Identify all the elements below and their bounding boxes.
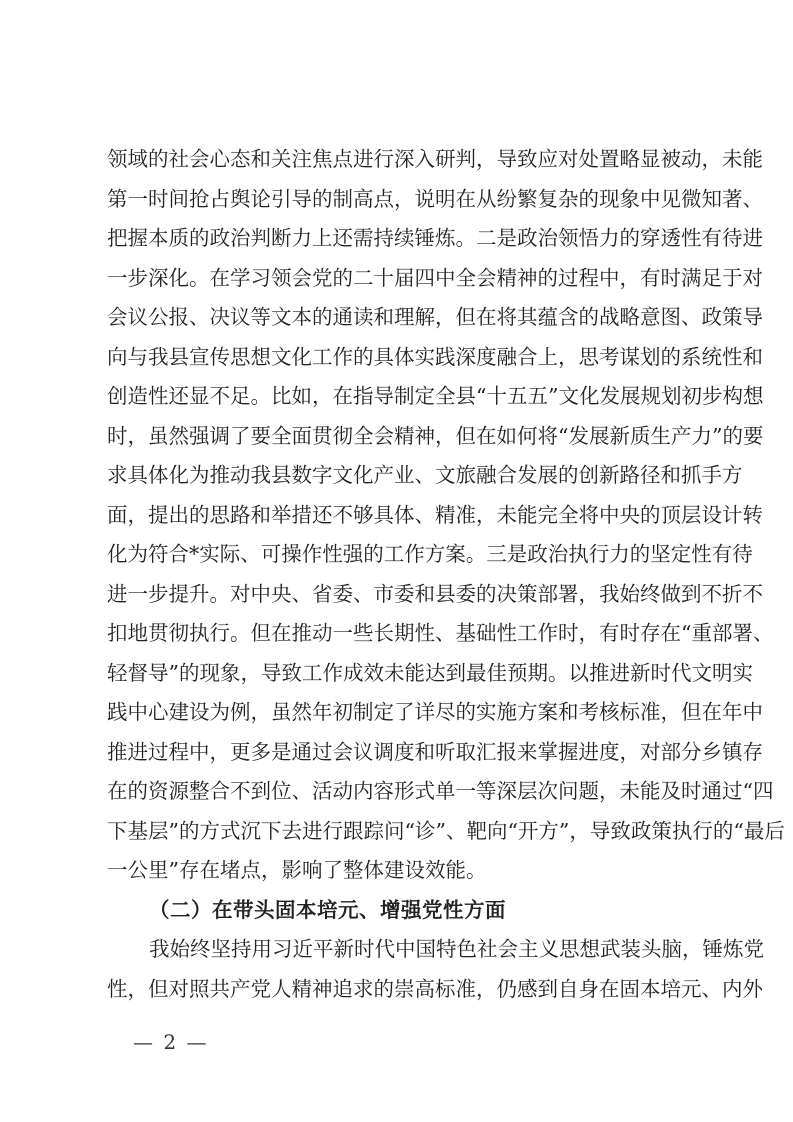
text-line: 领域的社会心态和关注焦点进行深入研判，导致应对处置略显被动，未能 <box>107 140 697 180</box>
text-line: 一公里”存在堵点，影响了整体建设效能。 <box>107 851 697 891</box>
text-line: 向与我县宣传思想文化工作的具体实践深度融合上，思考谋划的系统性和 <box>107 338 697 378</box>
text-line: 会议公报、决议等文本的通读和理解，但在将其蕴含的战略意图、政策导 <box>107 298 697 338</box>
page-number: — 2 — <box>133 1030 208 1054</box>
text-line: 一步深化。在学习领会党的二十届四中全会精神的过程中，有时满足于对 <box>107 259 697 299</box>
text-line: 把握本质的政治判断力上还需持续锤炼。二是政治领悟力的穿透性有待进 <box>107 219 697 259</box>
text-line: 求具体化为推动我县数字文化产业、文旅融合发展的创新路径和抓手方 <box>107 456 697 496</box>
text-line: 扣地贯彻执行。但在推动一些长期性、基础性工作时，有时存在“重部署、 <box>107 614 697 654</box>
body-text: 领域的社会心态和关注焦点进行深入研判，导致应对处置略显被动，未能 第一时间抢占舆… <box>107 140 697 1009</box>
text-line: 面，提出的思路和举措还不够具体、精准，未能完全将中央的顶层设计转 <box>107 496 697 536</box>
text-line: 创造性还显不足。比如，在指导制定全县“十五五”文化发展规划初步构想 <box>107 377 697 417</box>
text-line: 践中心建设为例，虽然年初制定了详尽的实施方案和考核标准，但在年中 <box>107 693 697 733</box>
text-line: 推进过程中，更多是通过会议调度和听取汇报来掌握进度，对部分乡镇存 <box>107 733 697 773</box>
text-line: 下基层”的方式沉下去进行跟踪问“诊”、靶向“开方”，导致政策执行的“最后 <box>107 812 697 852</box>
text-line: 时，虽然强调了要全面贯彻全会精神，但在如何将“发展新质生产力”的要 <box>107 417 697 457</box>
text-line: 轻督导”的现象，导致工作成效未能达到最佳预期。以推进新时代文明实 <box>107 654 697 694</box>
section-heading: （二）在带头固本培元、增强党性方面 <box>107 891 697 931</box>
text-line: 第一时间抢占舆论引导的制高点，说明在从纷繁复杂的现象中见微知著、 <box>107 180 697 220</box>
document-page: 领域的社会心态和关注焦点进行深入研判，导致应对处置略显被动，未能 第一时间抢占舆… <box>0 0 793 1122</box>
text-line: 化为符合*实际、可操作性强的工作方案。三是政治执行力的坚定性有待 <box>107 535 697 575</box>
text-line: 我始终坚持用习近平新时代中国特色社会主义思想武装头脑，锤炼党 <box>107 930 697 970</box>
text-line: 在的资源整合不到位、活动内容形式单一等深层次问题，未能及时通过“四 <box>107 772 697 812</box>
text-line: 进一步提升。对中央、省委、市委和县委的决策部署，我始终做到不折不 <box>107 575 697 615</box>
text-line: 性，但对照共产党人精神追求的崇高标准，仍感到自身在固本培元、内外 <box>107 970 697 1010</box>
